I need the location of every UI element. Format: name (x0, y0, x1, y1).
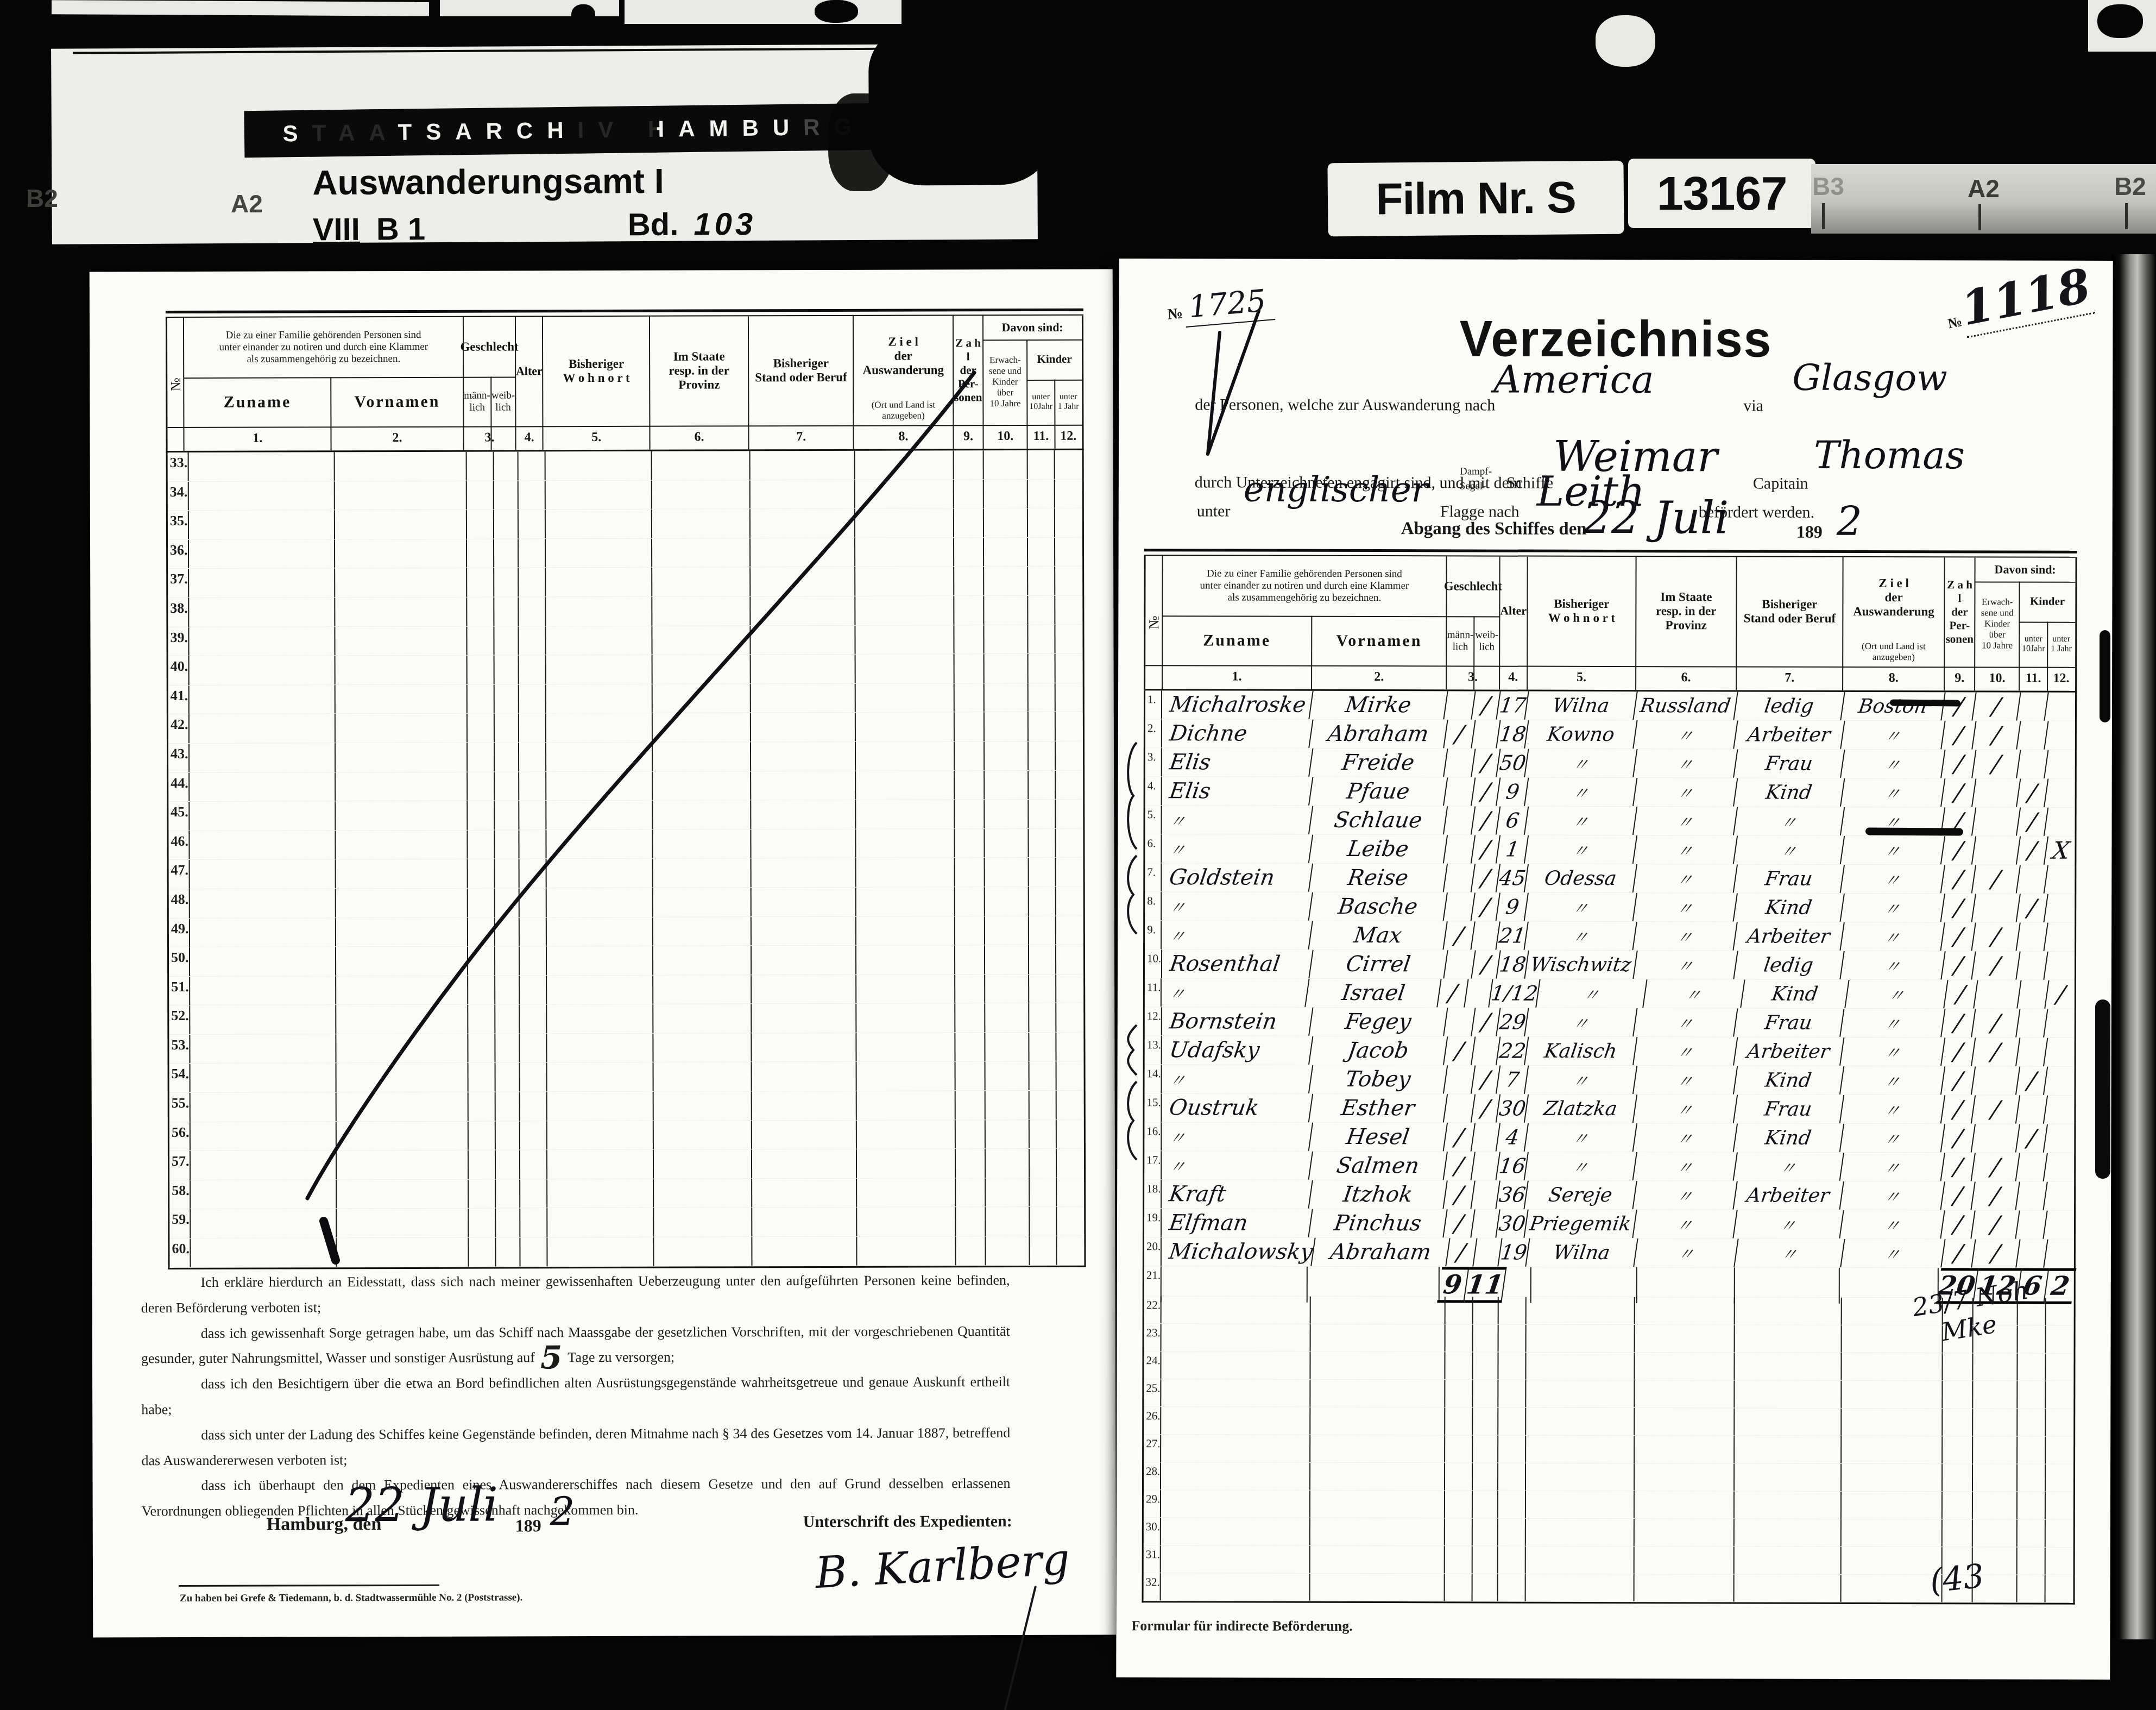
family-brace (1128, 856, 1137, 934)
pen-dash (324, 1221, 336, 1260)
microfilm-frame: STAATSARCHIV HAMBURG Auswanderungsamt I … (0, 0, 2156, 1710)
family-brace (1128, 743, 1137, 849)
pen-marks-overlay (0, 0, 2156, 1710)
family-brace (1128, 1025, 1137, 1075)
check-mark (1208, 311, 1259, 454)
family-brace (1128, 1082, 1137, 1160)
crossout-curve (307, 373, 974, 1198)
